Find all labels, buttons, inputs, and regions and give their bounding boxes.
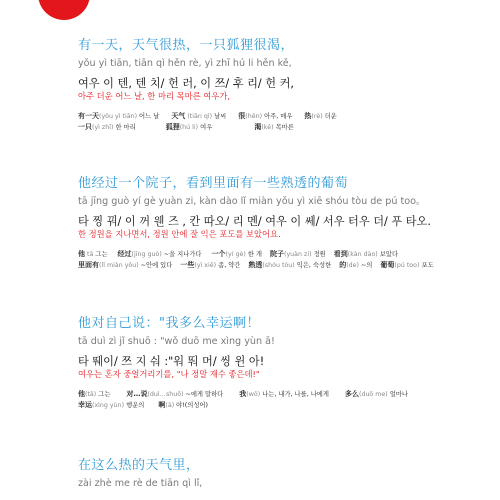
vocab-list: 他 tā 그는 经过(jīng guò) ~을 지나가다 一个(yí gè) 한… <box>78 249 488 271</box>
vocab-row: 他 tā 그는 经过(jīng guò) ~을 지나가다 一个(yí gè) 한… <box>78 249 488 260</box>
vocab-item: 热(rè) 더운 <box>304 111 336 122</box>
vocab-item: 一个(yí gè) 한 개 <box>212 249 262 260</box>
korean-pronunciation: 타 뛔이/ 쯔 지 숴 :"워 뚸 머/ 씽 윈 아! <box>78 352 488 369</box>
vocab-item: 熟透(shóu tòu) 익은, 숙성한 <box>248 260 331 271</box>
vocab-item: 他 tā 그는 <box>78 249 108 260</box>
pinyin-line: tā jīng guò yí gè yuàn zi, kàn dào lǐ mi… <box>78 196 488 208</box>
vocab-item: 幸运(xìng yùn) 행운의 <box>78 400 144 411</box>
vocab-row: 里面有(lǐ miàn yǒu) ~안에 있다 一些(yì xiē) 좀, 약간… <box>78 260 488 271</box>
korean-translation: 한 정원을 지나면서, 정원 안에 잘 익은 포도를 보았어요. <box>78 229 488 240</box>
korean-pronunciation: 여우 이 텐, 텐 치/ 헌 러, 이 쯔/ 후 리/ 헌 커, <box>78 74 488 91</box>
vocab-item: 里面有(lǐ miàn yǒu) ~안에 있다 <box>78 260 172 271</box>
vocab-row: 有一天(yǒu yì tiān) 어느 날 天气 (tiān qì) 날씨 很(… <box>78 111 488 122</box>
vocab-item: 一些(yì xiē) 좀, 약간 <box>180 260 240 271</box>
vocab-list: 他(tā) 그는 对…说(duì…shuō) ~에게 말하다 我(wǒ) 나는,… <box>78 389 488 411</box>
lesson-section-2: 他经过一个院子，看到里面有一些熟透的葡萄 tā jīng guò yí gè y… <box>78 176 488 271</box>
red-logo-swoosh <box>38 0 90 20</box>
vocab-item: 他(tā) 그는 <box>78 389 110 400</box>
pinyin-line: yǒu yì tiān, tiān qì hěn rè, yì zhī hú l… <box>78 58 488 70</box>
vocab-item: 狐狸(hú li) 여우 <box>166 122 213 133</box>
vocab-row: 他(tā) 그는 对…说(duì…shuō) ~에게 말하다 我(wǒ) 나는,… <box>78 389 488 400</box>
vocab-item: 看到(kàn dào) 보았다 <box>334 249 398 260</box>
korean-pronunciation: 타 찡 꿔/ 이 꺼 웬 즈 , 칸 따오/ 리 멘/ 여우 이 쎄/ 서우 터… <box>78 212 488 229</box>
vocab-item: 的(de) ~의 <box>339 260 372 271</box>
vocab-item: 葡萄(pú too) 포도 <box>380 260 433 271</box>
vocab-row: 一只(yì zhī) 한 마리 狐狸(hú li) 여우 渴(kě) 목마른 <box>78 122 488 133</box>
vocab-list: 有一天(yǒu yì tiān) 어느 날 天气 (tiān qì) 날씨 很(… <box>78 111 488 133</box>
vocab-item: 一只(yì zhī) 한 마리 <box>78 122 136 133</box>
lesson-section-3: 他对自己说："我多么幸运啊！ tā duì zì jǐ shuō : "wǒ d… <box>78 316 488 411</box>
vocab-item: 院子(yuàn zi) 정원 <box>270 249 326 260</box>
korean-translation: 아주 더운 어느 날, 한 마리 목마른 여우가, <box>78 91 488 102</box>
vocab-row: 幸运(xìng yùn) 행운의 啊(ā) 야!(의성어) <box>78 400 488 411</box>
vocab-item: 对…说(duì…shuō) ~에게 말하다 <box>126 389 223 400</box>
vocab-item: 天气 (tiān qì) 날씨 <box>171 111 226 122</box>
vocab-item: 有一天(yǒu yì tiān) 어느 날 <box>78 111 159 122</box>
vocab-item: 渴(kě) 목마른 <box>254 122 293 133</box>
vocab-item: 啊(ā) 야!(의성어) <box>158 400 208 411</box>
chinese-sentence: 有一天，天气很热，一只狐狸很渴， <box>78 38 488 54</box>
pinyin-line: tā duì zì jǐ shuō : "wǒ duō me xìng yùn … <box>78 336 488 348</box>
vocab-item: 多么(duō me) 얼마나 <box>345 389 408 400</box>
vocab-item: 很(hěn) 아주, 매우 <box>238 111 292 122</box>
vocab-item: 经过(jīng guò) ~을 지나가다 <box>118 249 202 260</box>
chinese-sentence: 在这么热的天气里， <box>78 458 488 474</box>
chinese-sentence: 他经过一个院子，看到里面有一些熟透的葡萄 <box>78 176 488 192</box>
vocab-item: 我(wǒ) 나는, 내가, 나를, 나에게 <box>239 389 329 400</box>
lesson-section-4: 在这么热的天气里， zài zhè me rè de tiān qì lǐ, <box>78 458 488 490</box>
lesson-section-1: 有一天，天气很热，一只狐狸很渴， yǒu yì tiān, tiān qì hě… <box>78 38 488 133</box>
pinyin-line: zài zhè me rè de tiān qì lǐ, <box>78 478 488 490</box>
korean-translation: 여우는 혼자 중얼거리기를, "나 정말 재수 좋은데!" <box>78 369 488 380</box>
chinese-sentence: 他对自己说："我多么幸运啊！ <box>78 316 488 332</box>
